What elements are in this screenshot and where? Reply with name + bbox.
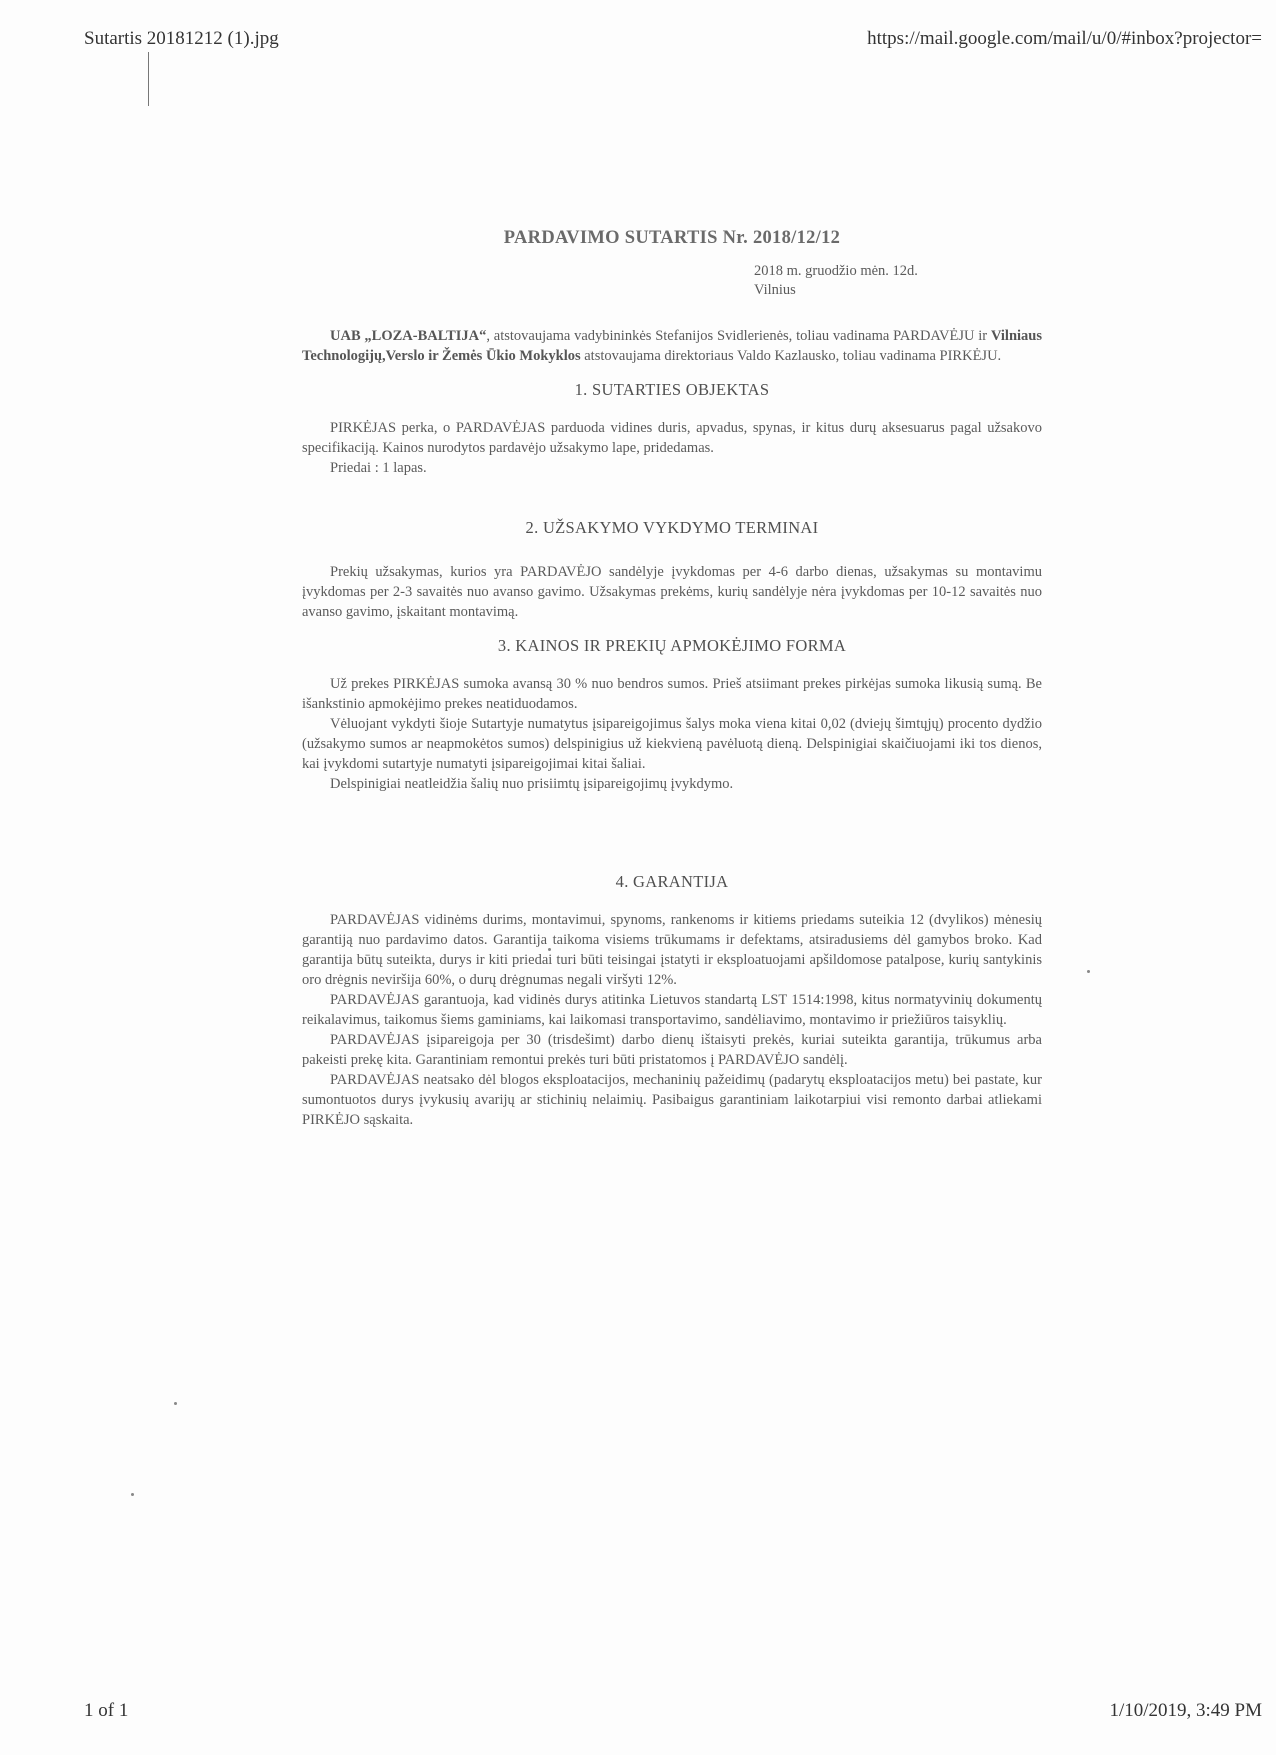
- scan-speck: [174, 1402, 177, 1405]
- section-2-paragraph: Prekių užsakymas, kurios yra PARDAVĖJO s…: [302, 562, 1042, 622]
- scan-margin-line: [148, 52, 149, 106]
- seller-name: UAB „LOZA-BALTIJA“: [330, 328, 486, 344]
- scan-speck: [548, 948, 551, 951]
- section-4-paragraph: PARDAVĖJAS įsipareigoja per 30 (trisdeši…: [302, 1030, 1042, 1070]
- section-1-attachment: Priedai : 1 lapas.: [302, 458, 1042, 478]
- section-title-3: 3. KAINOS IR PREKIŲ APMOKĖJIMO FORMA: [302, 636, 1042, 656]
- scan-speck: [131, 1493, 134, 1496]
- seller-text: , atstovaujama vadybininkės Stefanijos S…: [486, 328, 991, 344]
- section-4-paragraph: PARDAVĖJAS neatsako dėl blogos eksploata…: [302, 1070, 1042, 1130]
- parties-paragraph: UAB „LOZA-BALTIJA“, atstovaujama vadybin…: [302, 326, 1042, 366]
- section-4-paragraph: PARDAVĖJAS garantuoja, kad vidinės durys…: [302, 990, 1042, 1030]
- section-3-paragraph: Už prekes PIRKĖJAS sumoka avansą 30 % nu…: [302, 674, 1042, 714]
- print-timestamp: 1/10/2019, 3:49 PM: [1109, 1700, 1262, 1722]
- print-filename: Sutartis 20181212 (1).jpg: [84, 28, 279, 50]
- document-title: PARDAVIMO SUTARTIS Nr. 2018/12/12: [302, 228, 1042, 248]
- scan-speck: [1087, 970, 1090, 973]
- buyer-text: atstovaujama direktoriaus Valdo Kazlausk…: [581, 348, 1002, 364]
- section-3-paragraph: Vėluojant vykdyti šioje Sutartyje numaty…: [302, 714, 1042, 774]
- contract-date: 2018 m. gruodžio mėn. 12d.: [754, 262, 1042, 281]
- page-count: 1 of 1: [84, 1700, 128, 1722]
- contract-document: PARDAVIMO SUTARTIS Nr. 2018/12/12 2018 m…: [302, 228, 1042, 1130]
- section-title-1: 1. SUTARTIES OBJEKTAS: [302, 380, 1042, 400]
- print-url: https://mail.google.com/mail/u/0/#inbox?…: [867, 28, 1262, 50]
- section-4-paragraph: PARDAVĖJAS vidinėms durims, montavimui, …: [302, 910, 1042, 990]
- contract-place: Vilnius: [754, 281, 1042, 300]
- section-title-2: 2. UŽSAKYMO VYKDYMO TERMINAI: [302, 518, 1042, 538]
- section-title-4: 4. GARANTIJA: [302, 872, 1042, 892]
- section-3-paragraph: Delspinigiai neatleidžia šalių nuo prisi…: [302, 774, 1042, 794]
- section-1-paragraph: PIRKĖJAS perka, o PARDAVĖJAS parduoda vi…: [302, 418, 1042, 458]
- date-place-block: 2018 m. gruodžio mėn. 12d. Vilnius: [754, 262, 1042, 300]
